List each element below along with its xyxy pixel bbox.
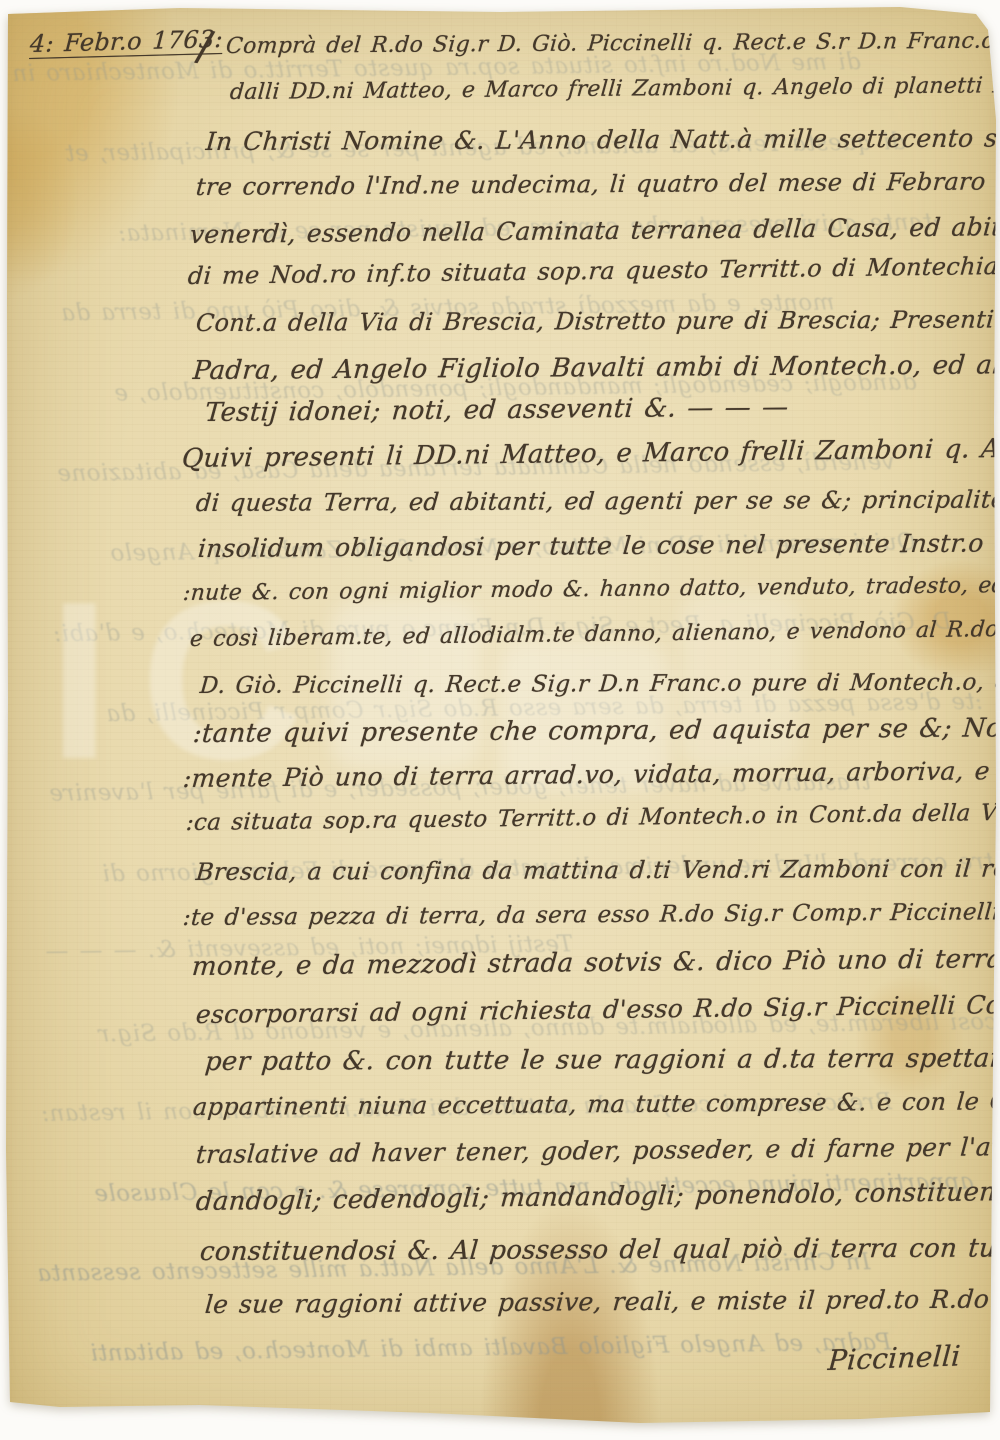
handwritten-line: :ca situata sop.ra questo Territt.o di M… <box>185 799 1000 836</box>
handwritten-line: Brescia, a cui confina da mattina d.ti V… <box>195 854 1000 886</box>
handwritten-line: :mente Piò uno di terra arrad.vo, vidata… <box>182 756 1000 793</box>
signature: Piccinelli <box>827 1339 962 1377</box>
scanned-document-photo: di me Nod.ro inf.to situata sop.ra quest… <box>0 0 1000 1440</box>
handwritten-line: traslative ad haver tener, goder, possed… <box>195 1132 1000 1169</box>
handwritten-line: dandogli; cedendogli; mandandogli; ponen… <box>195 1176 1000 1217</box>
handwritten-line: D. Giò. Piccinelli q. Rect.e Sig.r D.n F… <box>199 669 1000 699</box>
paper-shadow-wrap: di me Nod.ro inf.to situata sop.ra quest… <box>0 0 1000 1440</box>
handwritten-line: le sue raggioni attive passive, reali, e… <box>204 1284 1000 1319</box>
handwritten-line: Testij idonei; noti, ed asseventi &. — —… <box>204 392 790 428</box>
handwritten-line: :te d'essa pezza di terra, da sera esso … <box>182 899 1000 931</box>
handwritten-line: In Christi Nomine &. L'Anno della Natt.à… <box>205 123 1000 156</box>
header-opening-line1: Comprà del R.do Sig.r D. Giò. Piccinelli… <box>225 28 1000 59</box>
manuscript-paper: di me Nod.ro inf.to situata sop.ra quest… <box>0 0 1000 1440</box>
handwritten-line: e così liberam.te, ed allodialm.te danno… <box>189 616 1000 652</box>
handwritten-line: Quivi presenti li DD.ni Matteo, e Marco … <box>181 433 1000 474</box>
handwritten-line: constituendosi &. Al possesso del qual p… <box>199 1233 1000 1267</box>
handwritten-line: tre correndo l'Ind.ne undecima, li quatr… <box>195 167 1000 201</box>
handwritten-line: venerdì, essendo nella Caminata terranea… <box>189 211 1000 249</box>
handwritten-line: di questa Terra, ed abitanti, ed agenti … <box>195 485 1000 517</box>
manuscript-text: 4: Febr.o 1763: / Comprà del R.do Sig.r … <box>0 0 1000 1440</box>
handwritten-line: monte, e da mezzodì strada sotvis &. dic… <box>191 944 1000 982</box>
header-opening-line2: dalli DD.ni Matteo, e Marco frelli Zambo… <box>229 72 1000 105</box>
handwritten-line: Cont.a della Via di Brescia, Distretto p… <box>195 305 1000 337</box>
handwritten-line: :tante quivi presente che compra, ed aqu… <box>192 713 1000 749</box>
handwritten-line: di me Nod.ro inf.to situata sop.ra quest… <box>187 251 1000 290</box>
handwritten-line: per patto &. con tutte le sue raggioni a… <box>204 1043 1000 1077</box>
handwritten-line: appartinenti niuna eccettuata, ma tutte … <box>192 1087 1000 1121</box>
header-date: 4: Febr.o 1763: <box>29 25 224 58</box>
handwritten-line: :nute &. con ogni miglior modo &. hanno … <box>182 572 1000 606</box>
handwritten-line: insolidum obligandosi per tutte le cose … <box>197 528 1000 563</box>
handwritten-line: Padra, ed Angelo Figliolo Bavalti ambi d… <box>192 350 1000 386</box>
handwritten-line: escorporarsi ad ogni richiesta d'esso R.… <box>195 989 1000 1029</box>
